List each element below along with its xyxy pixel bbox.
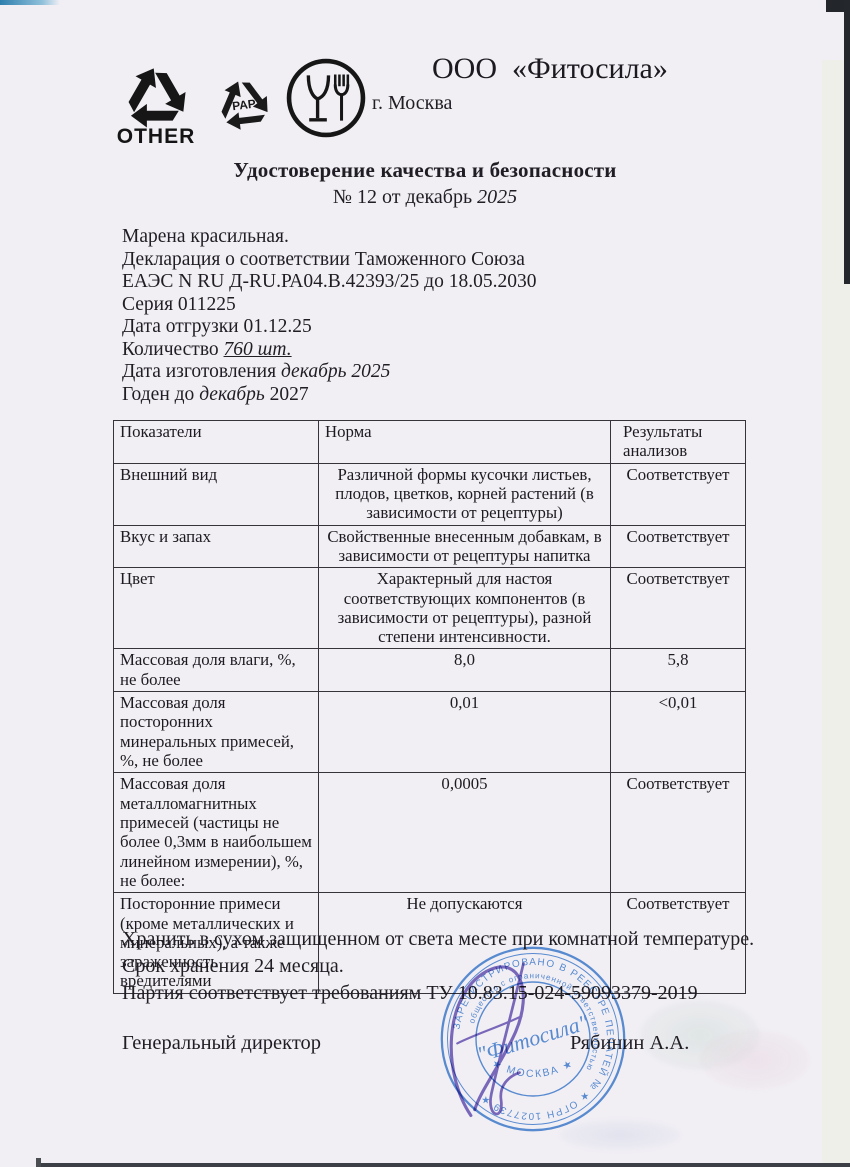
- manufacture-date-line: Дата изготовления декабрь 2025: [122, 361, 536, 384]
- scan-artifact-bottom-edge: [36, 1163, 850, 1167]
- document-title: Удостоверение качества и безопасности: [0, 158, 850, 183]
- certificate-page: OTHER PAP ООО «Фитосила» г. Москва Удост…: [0, 0, 850, 1167]
- declaration-line-2: ЕАЭС N RU Д-RU.РА04.В.42393/25 до 18.05.…: [122, 271, 536, 294]
- spec-table-body: Внешний видРазличной формы кусочки листь…: [114, 463, 746, 993]
- recycling-pap-icon: PAP: [200, 58, 286, 137]
- product-details: Марена красильная. Декларация о соответс…: [122, 226, 536, 406]
- manufacture-date-label: Дата изготовления: [122, 361, 281, 382]
- product-name: Марена красильная.: [122, 226, 536, 249]
- ship-date-line: Дата отгрузки 01.12.25: [122, 316, 536, 339]
- expiry-line: Годен до декабрь 2027: [122, 384, 536, 407]
- document-number-line: № 12 от декабрь 2025: [0, 186, 850, 209]
- table-cell: Массовая доля влаги, %, не более: [114, 649, 319, 692]
- table-cell: Цвет: [114, 568, 319, 649]
- column-header-results: Результаты анализов: [611, 421, 746, 464]
- table-row: ЦветХарактерный для настоя соответствующ…: [114, 568, 746, 649]
- expiry-month: декабрь: [199, 384, 265, 405]
- table-row: Вкус и запахСвойственные внесенным добав…: [114, 525, 746, 568]
- table-header-row: Показатели Норма Результаты анализов: [114, 421, 746, 464]
- declaration-line-1: Декларация о соответствии Таможенного Со…: [122, 249, 536, 272]
- column-header-norm: Норма: [319, 421, 611, 464]
- director-label: Генеральный директор: [122, 1032, 321, 1055]
- document-number-year: 2025: [477, 186, 517, 208]
- table-cell: Массовая доля посторонних минеральных пр…: [114, 692, 319, 773]
- recycling-other-icon: [112, 53, 200, 129]
- column-header-indicators: Показатели: [114, 421, 319, 464]
- company-name: ООО «Фитосила»: [432, 52, 668, 86]
- table-cell: Соответствует: [611, 463, 746, 525]
- table-cell: 0,0005: [319, 773, 611, 893]
- table-cell: 8,0: [319, 649, 611, 692]
- spec-table: Показатели Норма Результаты анализов Вне…: [113, 420, 746, 994]
- table-cell: 0,01: [319, 692, 611, 773]
- table-cell: Соответствует: [611, 568, 746, 649]
- table-cell: Характерный для настоя соответствующих к…: [319, 568, 611, 649]
- recycling-other-label: OTHER: [98, 125, 214, 149]
- table-row: Внешний видРазличной формы кусочки листь…: [114, 463, 746, 525]
- table-cell: Различной формы кусочки листьев, плодов,…: [319, 463, 611, 525]
- table-cell: 5,8: [611, 649, 746, 692]
- table-row: Массовая доля металломагнитных примесей …: [114, 773, 746, 893]
- scan-artifact-bottom-tick: [36, 1158, 41, 1167]
- table-cell: Свойственные внесенным добавкам, в завис…: [319, 525, 611, 568]
- document-number-prefix: № 12 от декабрь: [333, 186, 477, 208]
- table-cell: Внешний вид: [114, 463, 319, 525]
- manufacture-date-value: декабрь 2025: [281, 361, 390, 382]
- glass-fork-icon: [284, 56, 368, 140]
- table-row: Массовая доля влаги, %, не более8,05,8: [114, 649, 746, 692]
- ink-ghost-blob: [700, 1030, 810, 1090]
- table-cell: Массовая доля металломагнитных примесей …: [114, 773, 319, 893]
- table-cell: Соответствует: [611, 525, 746, 568]
- expiry-label: Годен до: [122, 384, 199, 405]
- table-cell: <0,01: [611, 692, 746, 773]
- quantity-label: Количество: [122, 339, 224, 360]
- table-row: Массовая доля посторонних минеральных пр…: [114, 692, 746, 773]
- scan-artifact-top-left: [0, 0, 60, 5]
- table-cell: Вкус и запах: [114, 525, 319, 568]
- quantity-value: 760 шт.: [224, 339, 292, 360]
- quantity-line: Количество 760 шт.: [122, 339, 536, 362]
- table-cell: Соответствует: [611, 773, 746, 893]
- recycling-pap-label: PAP: [231, 96, 256, 113]
- scan-artifact-right-edge: [844, 0, 850, 284]
- company-city: г. Москва: [372, 92, 452, 115]
- director-signature: [428, 948, 578, 1133]
- series-line: Серия 011225: [122, 294, 536, 317]
- expiry-year: 2027: [265, 384, 309, 405]
